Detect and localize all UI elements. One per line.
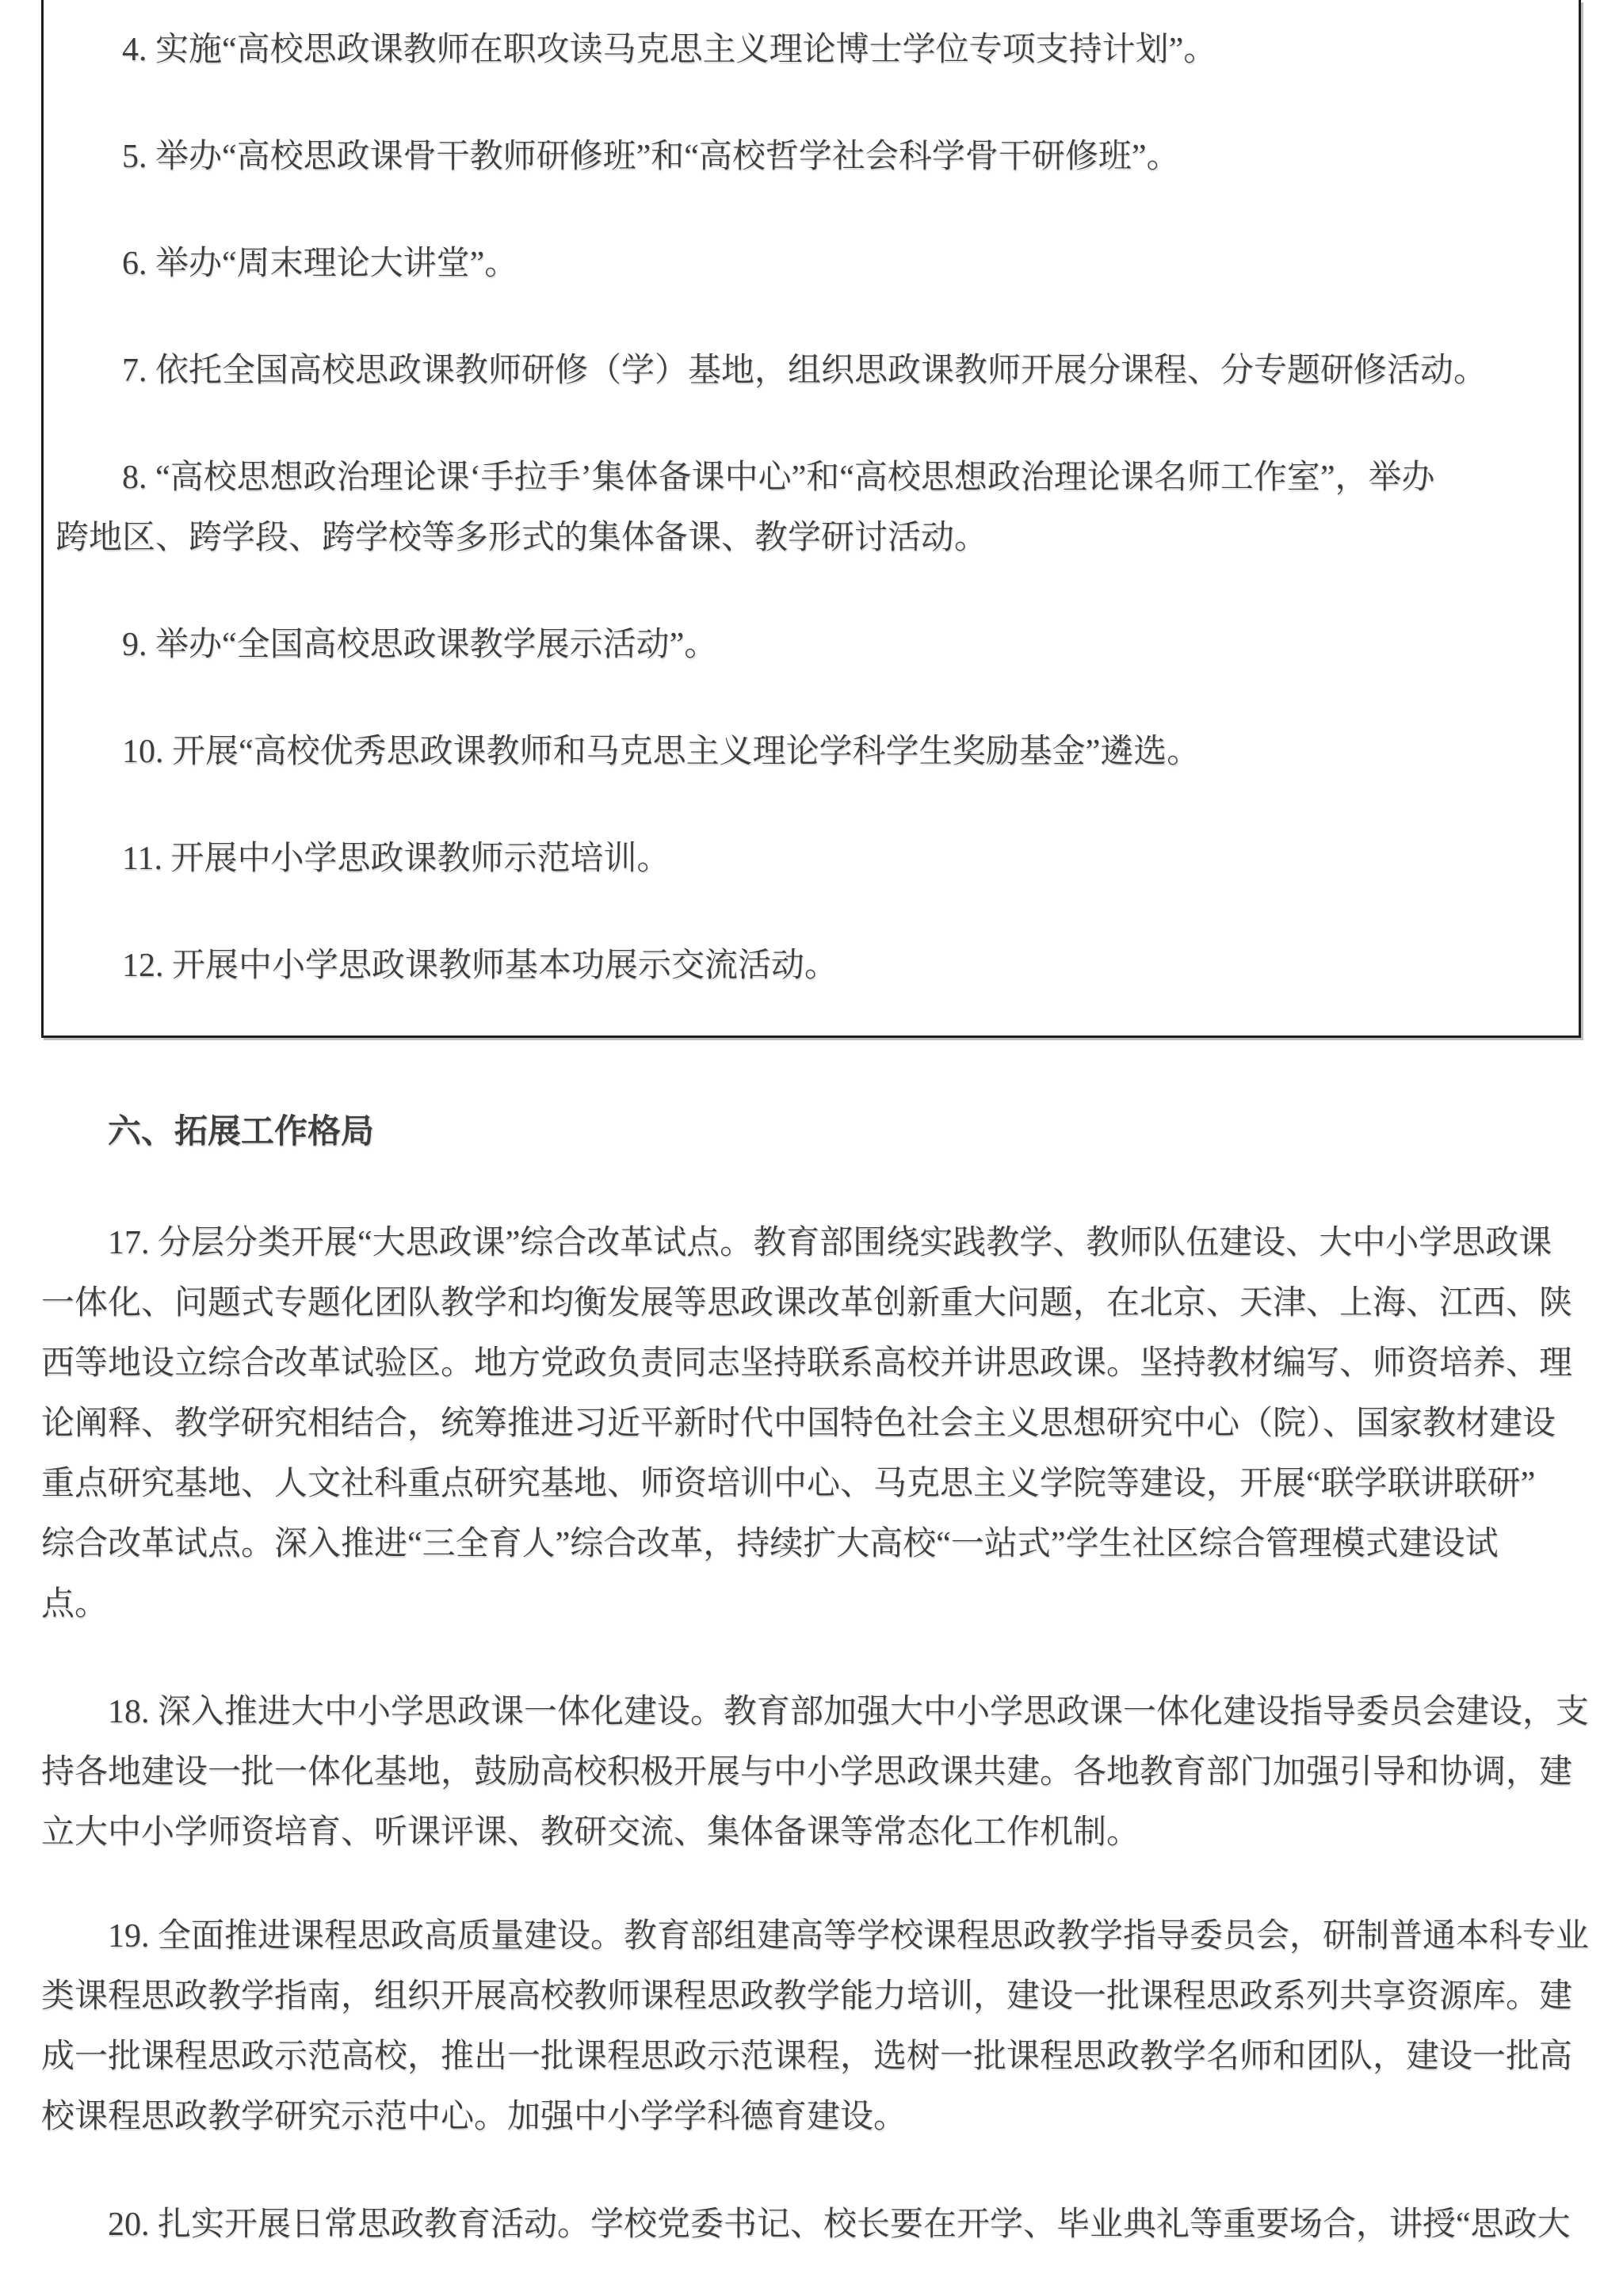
list-item: 7. 依托全国高校思政课教师研修（学）基地，组织思政课教师开展分课程、分专题研修…	[55, 341, 1567, 401]
text-line: 4. 实施“高校思政课教师在职攻读马克思主义理论博士学位专项支持计划”。	[55, 20, 1567, 80]
document-page: 4. 实施“高校思政课教师在职攻读马克思主义理论博士学位专项支持计划”。5. 举…	[0, 0, 1623, 2296]
text-line: 成一批课程思政示范高校，推出一批课程思政示范课程，选树一批课程思政教学名师和团队…	[41, 2027, 1582, 2087]
text-line: 西等地设立综合改革试验区。地方党政负责同志坚持联系高校并讲思政课。坚持教材编写、…	[41, 1333, 1582, 1394]
text-line: 5. 举办“高校思政课骨干教师研修班”和“高校哲学社会科学骨干研修班”。	[55, 127, 1567, 187]
list-item: 9. 举办“全国高校思政课教学展示活动”。	[55, 615, 1567, 675]
text-line: 重点研究基地、人文社科重点研究基地、师资培训中心、马克思主义学院等建设，开展“联…	[41, 1454, 1582, 1514]
text-line: 12. 开展中小学思政课教师基本功展示交流活动。	[55, 936, 1567, 996]
text-line: 17. 分层分类开展“大思政课”综合改革试点。教育部围绕实践教学、教师队伍建设、…	[41, 1213, 1582, 1273]
text-line: 类课程思政教学指南，组织开展高校教师课程思政教学能力培训，建设一批课程思政系列共…	[41, 1966, 1582, 2027]
list-item: 6. 举办“周末理论大讲堂”。	[55, 234, 1567, 294]
list-item: 4. 实施“高校思政课教师在职攻读马克思主义理论博士学位专项支持计划”。	[55, 20, 1567, 80]
text-line: 11. 开展中小学思政课教师示范培训。	[55, 829, 1567, 889]
text-line: 19. 全面推进课程思政高质量建设。教育部组建高等学校课程思政教学指导委员会，研…	[41, 1906, 1582, 1966]
paragraph: 19. 全面推进课程思政高质量建设。教育部组建高等学校课程思政教学指导委员会，研…	[41, 1906, 1582, 2147]
text-line: 一体化、问题式专题化团队教学和均衡发展等思政课改革创新重大问题，在北京、天津、上…	[41, 1273, 1582, 1333]
text-line: 立大中小学师资培育、听课评课、教研交流、集体备课等常态化工作机制。	[41, 1802, 1582, 1863]
text-line: 持各地建设一批一体化基地，鼓励高校积极开展与中小学思政课共建。各地教育部门加强引…	[41, 1742, 1582, 1802]
text-line: 校课程思政教学研究示范中心。加强中小学学科德育建设。	[41, 2087, 1582, 2147]
section-heading: 六、拓展工作格局	[41, 1102, 1623, 1162]
list-item: 8. “高校思想政治理论课‘手拉手’集体备课中心”和“高校思想政治理论课名师工作…	[55, 448, 1567, 568]
paragraph: 18. 深入推进大中小学思政课一体化建设。教育部加强大中小学思政课一体化建设指导…	[41, 1682, 1582, 1863]
text-line: 7. 依托全国高校思政课教师研修（学）基地，组织思政课教师开展分课程、分专题研修…	[55, 341, 1567, 401]
text-line: 10. 开展“高校优秀思政课教师和马克思主义理论学科学生奖励基金”遴选。	[55, 722, 1567, 782]
text-line: 20. 扎实开展日常思政教育活动。学校党委书记、校长要在开学、毕业典礼等重要场合…	[41, 2195, 1582, 2255]
paragraph: 17. 分层分类开展“大思政课”综合改革试点。教育部围绕实践教学、教师队伍建设、…	[41, 1213, 1582, 1634]
text-line: 6. 举办“周末理论大讲堂”。	[55, 234, 1567, 294]
list-item: 12. 开展中小学思政课教师基本功展示交流活动。	[55, 936, 1567, 996]
text-line: 9. 举办“全国高校思政课教学展示活动”。	[55, 615, 1567, 675]
text-line: 18. 深入推进大中小学思政课一体化建设。教育部加强大中小学思政课一体化建设指导…	[41, 1682, 1582, 1742]
text-line: 点。	[41, 1574, 1582, 1634]
boxed-list: 4. 实施“高校思政课教师在职攻读马克思主义理论博士学位专项支持计划”。5. 举…	[41, 0, 1581, 1038]
text-line: 综合改革试点。深入推进“三全育人”综合改革，持续扩大高校“一站式”学生社区综合管…	[41, 1514, 1582, 1574]
text-line: 论阐释、教学研究相结合，统筹推进习近平新时代中国特色社会主义思想研究中心（院）、…	[41, 1394, 1582, 1454]
text-line: 8. “高校思想政治理论课‘手拉手’集体备课中心”和“高校思想政治理论课名师工作…	[55, 448, 1567, 508]
list-item: 10. 开展“高校优秀思政课教师和马克思主义理论学科学生奖励基金”遴选。	[55, 722, 1567, 782]
paragraph: 20. 扎实开展日常思政教育活动。学校党委书记、校长要在开学、毕业典礼等重要场合…	[41, 2195, 1582, 2255]
list-item: 5. 举办“高校思政课骨干教师研修班”和“高校哲学社会科学骨干研修班”。	[55, 127, 1567, 187]
list-item: 11. 开展中小学思政课教师示范培训。	[55, 829, 1567, 889]
text-line: 跨地区、跨学段、跨学校等多形式的集体备课、教学研讨活动。	[55, 508, 1567, 568]
